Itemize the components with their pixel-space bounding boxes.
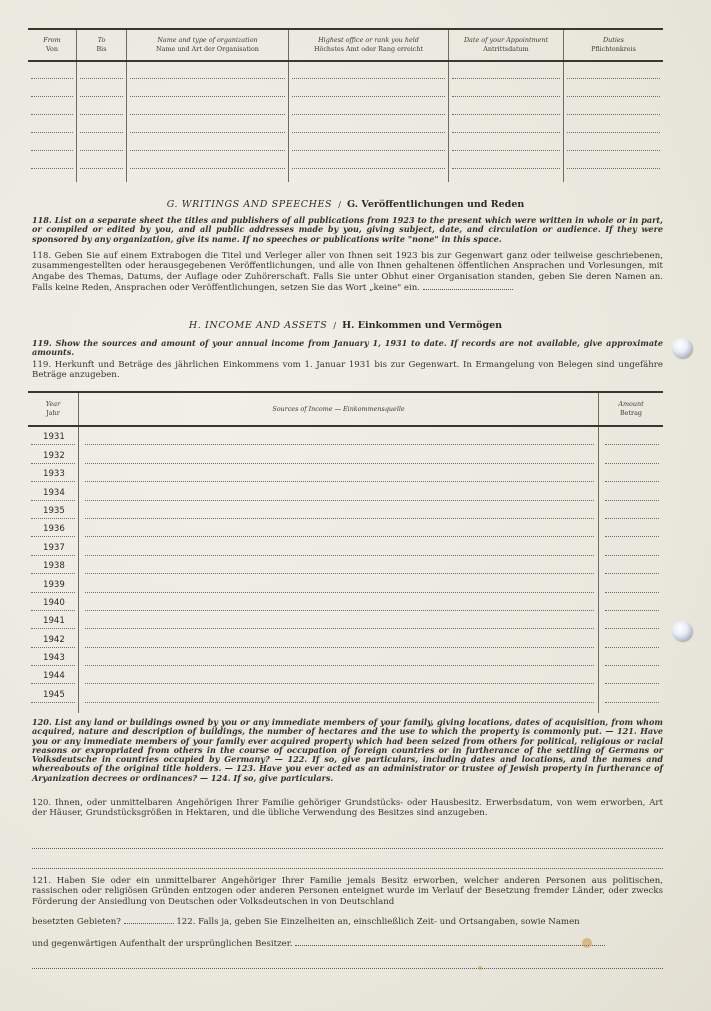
column-from[interactable] [28, 62, 76, 182]
amount-field[interactable] [599, 519, 663, 537]
section-h-title: H. INCOME AND ASSETS / H. Einkommen und … [28, 320, 663, 331]
table-row: 1934 [28, 482, 78, 500]
question-121-122-line: besetzten Gebieten? 122. Falls ja, geben… [32, 916, 663, 927]
source-field[interactable] [79, 611, 598, 629]
amount-field[interactable] [599, 648, 663, 666]
header-year: Year Jahr [28, 393, 78, 425]
amount-field[interactable] [599, 445, 663, 463]
stain [582, 938, 592, 948]
question-122-answer-line-2[interactable] [32, 968, 663, 969]
amount-field[interactable] [599, 629, 663, 647]
amount-field[interactable] [599, 427, 663, 445]
question-120-answer-line-1[interactable] [32, 848, 663, 849]
questions-120-124-english: 120. List any land or buildings owned by… [32, 718, 663, 783]
table-row: 1944 [28, 666, 78, 684]
question-118-answer-field[interactable] [423, 282, 513, 290]
source-field[interactable] [79, 464, 598, 482]
organization-table-header: From Von To Bis Name and type of organiz… [28, 28, 663, 62]
column-highest-office[interactable] [288, 62, 448, 182]
source-field[interactable] [79, 519, 598, 537]
hole-punch-top [672, 338, 692, 358]
header-appointment-date: Date of your Appointment Antrittsdatum [448, 30, 563, 60]
table-row: 1941 [28, 611, 78, 629]
source-field[interactable] [79, 574, 598, 592]
source-field[interactable] [79, 427, 598, 445]
header-amount: Amount Betrag [598, 393, 663, 425]
source-field[interactable] [79, 537, 598, 555]
source-field[interactable] [79, 445, 598, 463]
question-121-german: 121. Haben Sie oder ein unmittelbarer An… [32, 876, 663, 907]
amount-field[interactable] [599, 574, 663, 592]
year-column: 1931 1932 1933 1934 1935 1936 1937 1938 … [28, 427, 78, 713]
hole-punch-bottom [672, 621, 692, 641]
amount-field[interactable] [599, 684, 663, 702]
column-duties[interactable] [563, 62, 663, 182]
column-organization[interactable] [126, 62, 288, 182]
source-field[interactable] [79, 629, 598, 647]
amount-column [598, 427, 663, 713]
amount-field[interactable] [599, 482, 663, 500]
amount-field[interactable] [599, 501, 663, 519]
table-row: 1945 [28, 684, 78, 702]
table-row: 1932 [28, 445, 78, 463]
amount-field[interactable] [599, 464, 663, 482]
table-row: 1942 [28, 629, 78, 647]
header-highest-office: Highest office or rank you held Höchstes… [288, 30, 448, 60]
income-table-header: Year Jahr Sources of Income — Einkommens… [28, 391, 663, 427]
amount-field[interactable] [599, 611, 663, 629]
organization-table-body [28, 62, 663, 182]
header-sources-of-income: Sources of Income — Einkommensquelle [78, 393, 598, 425]
header-from: From Von [28, 30, 76, 60]
table-row: 1940 [28, 593, 78, 611]
source-field[interactable] [79, 593, 598, 611]
income-table-body: 1931 1932 1933 1934 1935 1936 1937 1938 … [28, 427, 663, 713]
source-field[interactable] [79, 648, 598, 666]
sources-column [78, 427, 598, 713]
question-121-answer-field[interactable] [124, 916, 174, 924]
amount-field[interactable] [599, 666, 663, 684]
table-row: 1936 [28, 519, 78, 537]
header-to: To Bis [76, 30, 126, 60]
source-field[interactable] [79, 501, 598, 519]
organization-table: From Von To Bis Name and type of organiz… [28, 28, 663, 182]
amount-field[interactable] [599, 556, 663, 574]
header-duties: Duties Pflichtenkreis [563, 30, 663, 60]
table-row: 1935 [28, 501, 78, 519]
column-to[interactable] [76, 62, 126, 182]
table-row: 1931 [28, 427, 78, 445]
question-122-continuation: und gegenwärtigen Aufenthalt der ursprün… [32, 938, 663, 949]
source-field[interactable] [79, 482, 598, 500]
source-field[interactable] [79, 684, 598, 702]
table-row: 1938 [28, 556, 78, 574]
header-organization: Name and type of organization Name und A… [126, 30, 288, 60]
table-row: 1943 [28, 648, 78, 666]
source-field[interactable] [79, 556, 598, 574]
question-120-german: 120. Ihnen, oder unmittelbaren Angehörig… [32, 798, 663, 819]
stain [478, 966, 482, 970]
table-row: 1933 [28, 464, 78, 482]
table-row: 1939 [28, 574, 78, 592]
amount-field[interactable] [599, 593, 663, 611]
question-122-answer-field[interactable] [295, 938, 605, 946]
amount-field[interactable] [599, 537, 663, 555]
question-120-answer-line-2[interactable] [32, 868, 663, 869]
table-row: 1937 [28, 537, 78, 555]
source-field[interactable] [79, 666, 598, 684]
question-118-english: 118. List on a separate sheet the titles… [32, 216, 663, 244]
section-g-title: G. WRITINGS AND SPEECHES / G. Veröffentl… [28, 199, 663, 210]
question-119-english: 119. Show the sources and amount of your… [32, 339, 663, 358]
question-119-german: 119. Herkunft und Beträge des jährlichen… [32, 360, 663, 381]
income-table: Year Jahr Sources of Income — Einkommens… [28, 391, 663, 713]
question-118-german: 118. Geben Sie auf einem Extrabogen die … [32, 251, 663, 294]
column-appointment-date[interactable] [448, 62, 563, 182]
